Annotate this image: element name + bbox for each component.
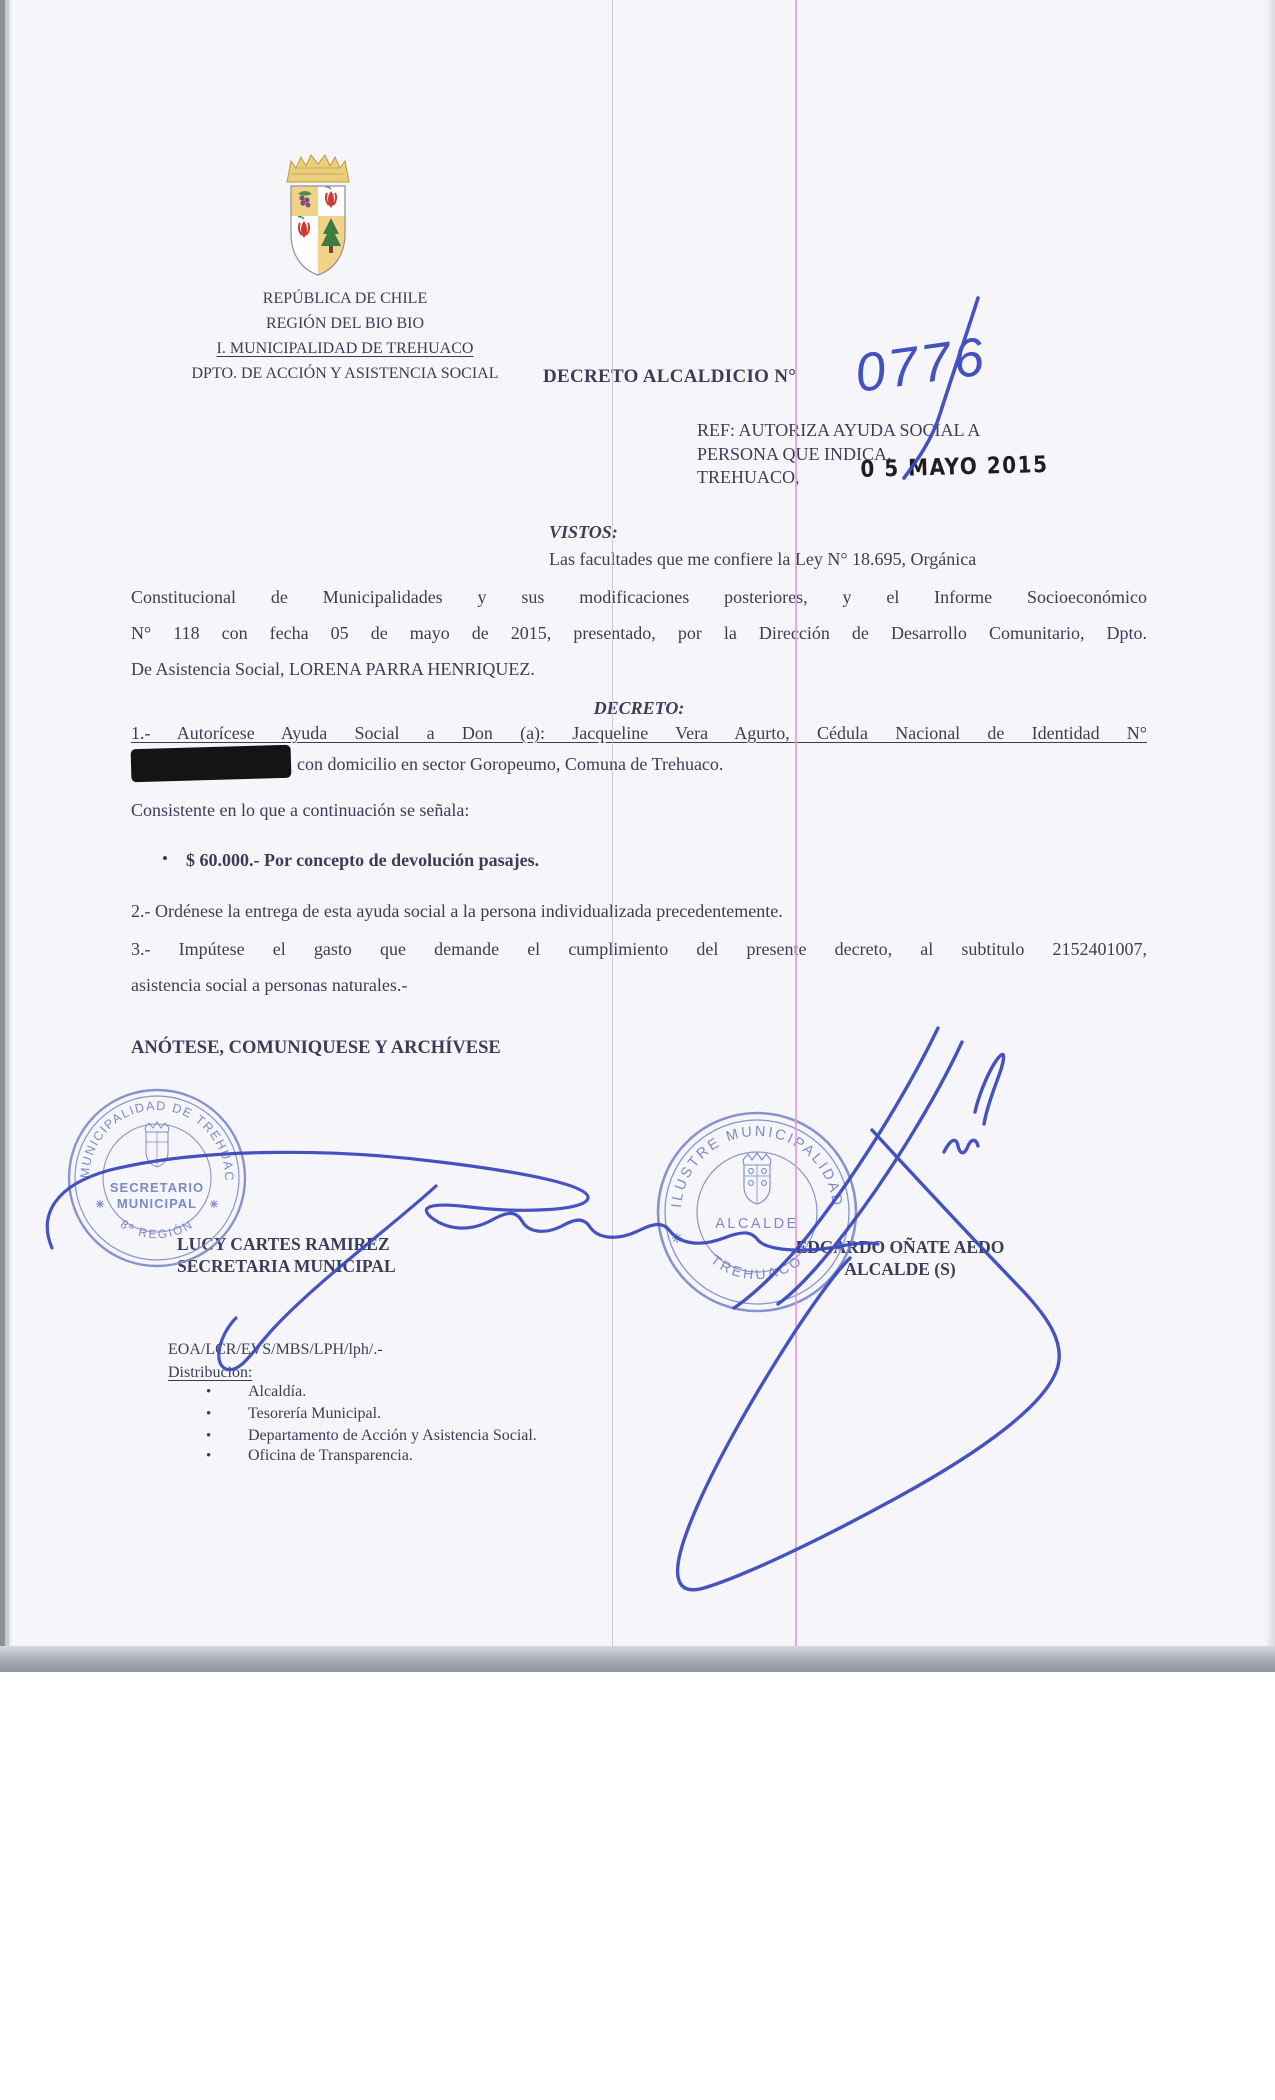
scanned-decree-page: REPÚBLICA DE CHILE REGIÓN DEL BIO BIO I.…	[0, 0, 1275, 2100]
vistos-body-line: De Asistencia Social, LORENA PARRA HENRI…	[131, 657, 1147, 681]
mayor-stamp: ILUSTRE MUNICIPALIDAD TREHUACO ALCALDE	[651, 1106, 863, 1318]
scan-edge-right	[1265, 0, 1275, 1672]
vistos-intro: Las facultades que me confiere la Ley N°…	[549, 547, 976, 571]
ref-line: REF: AUTORIZA AYUDA SOCIAL A	[697, 419, 980, 443]
mayor-stamp-ring-bottom: TREHUACO	[708, 1251, 806, 1282]
secretary-stamp: I. MUNICIPALIDAD DE TREHUACO 8ª REGIÓN S…	[64, 1086, 250, 1272]
decreto-heading: DECRETO:	[131, 696, 1147, 720]
bullet-marker: •	[162, 849, 168, 869]
municipal-coat-of-arms	[278, 146, 358, 278]
distribution-item: Departamento de Acción y Asistencia Soci…	[248, 1427, 537, 1445]
secretary-stamp-center1: SECRETARIO	[110, 1180, 204, 1195]
paper-scan: REPÚBLICA DE CHILE REGIÓN DEL BIO BIO I.…	[0, 0, 1275, 1672]
distribution-label: Distribución:	[168, 1361, 252, 1385]
stamp-shield-icon	[743, 1153, 771, 1204]
handwritten-decree-number: 0776	[851, 326, 990, 404]
svg-text:8ª REGIÓN: 8ª REGIÓN	[118, 1217, 196, 1242]
svg-text:TREHUACO: TREHUACO	[708, 1251, 806, 1282]
decreto-item3-line1: 3.- Impútese el gasto que demande el cum…	[131, 937, 1147, 961]
secretary-stamp-ring-bottom: 8ª REGIÓN	[118, 1217, 196, 1242]
letterhead-line: DPTO. DE ACCIÓN Y ASISTENCIA SOCIAL	[180, 361, 510, 386]
decree-title: DECRETO ALCALDICIO N°	[543, 366, 796, 388]
scan-fold-line	[612, 0, 613, 1646]
distribution-item: Tesorería Municipal.	[248, 1405, 381, 1423]
letterhead: REPÚBLICA DE CHILE REGIÓN DEL BIO BIO I.…	[180, 286, 510, 386]
decreto-item3-line2: asistencia social a personas naturales.-	[131, 973, 1147, 997]
letterhead-line-municipality: I. MUNICIPALIDAD DE TREHUACO	[180, 336, 510, 361]
shield-quarters	[291, 186, 345, 278]
distribution-item: Alcaldía.	[248, 1383, 306, 1401]
list-bullet: •	[206, 1428, 211, 1445]
letterhead-line: REGIÓN DEL BIO BIO	[180, 311, 510, 336]
date-stamp: 0 5 MAYO 2015	[860, 450, 1049, 483]
star-icon	[672, 1233, 844, 1251]
distribution-item: Oficina de Transparencia.	[248, 1447, 413, 1465]
decreto-item2: 2.- Ordénese la entrega de esta ayuda so…	[131, 899, 1147, 923]
decreto-consistente: Consistente en lo que a continuación se …	[131, 798, 1147, 822]
vistos-heading: VISTOS:	[549, 520, 618, 544]
decreto-item1-line2: con domicilio en sector Goropeumo, Comun…	[297, 754, 723, 774]
mural-crown-icon	[287, 155, 349, 182]
letterhead-line: REPÚBLICA DE CHILE	[180, 286, 510, 311]
list-bullet: •	[206, 1406, 211, 1423]
scan-edge-bottom	[0, 1646, 1275, 1672]
list-bullet: •	[206, 1384, 211, 1401]
vistos-body-line: Constitucional de Municipalidades y sus …	[131, 585, 1147, 609]
list-bullet: •	[206, 1448, 211, 1465]
mayor-stamp-center: ALCALDE	[715, 1216, 799, 1232]
redaction-box	[131, 745, 292, 782]
vistos-body-line: N° 118 con fecha 05 de mayo de 2015, pre…	[131, 621, 1147, 645]
handwritten-ink-layer: 0776	[0, 0, 1275, 1672]
scan-edge-left	[0, 0, 13, 1672]
stamp-shield-icon	[145, 1122, 169, 1167]
closing-line: ANÓTESE, COMUNIQUESE Y ARCHÍVESE	[131, 1036, 501, 1060]
secretary-stamp-center2: MUNICIPAL	[117, 1196, 197, 1211]
decreto-item1-line1: 1.- Autorícese Ayuda Social a Don (a): J…	[131, 721, 1147, 745]
scan-pink-line	[795, 0, 797, 1646]
decreto-bullet-text: $ 60.000.- Por concepto de devolución pa…	[186, 848, 539, 872]
footer-initials: EOA/LCR/EVS/MBS/LPH/lph/.-	[168, 1338, 383, 1362]
